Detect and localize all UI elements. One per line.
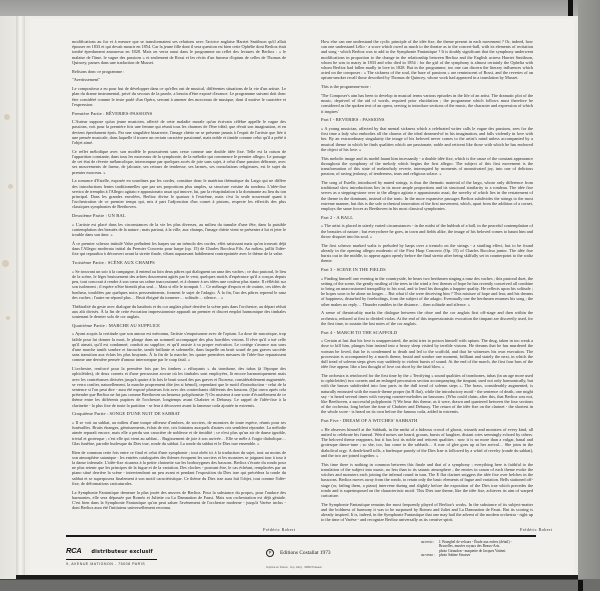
paragraph: La romance d'Estelle, exposée en sourdin… [72, 178, 286, 209]
section-heading: Part 4 - MARCH TO THE SCAFFOLD [321, 330, 533, 335]
credit-row: au recto :J. Brueghel de velours - Étude… [421, 540, 512, 553]
distributor-label: distributeur exclusif [91, 549, 152, 555]
paragraph: Relisons donc ce programme : [72, 69, 286, 74]
paragraph: This time there is nothing in common bet… [321, 462, 533, 498]
paragraph: modifications au fur et à mesure que se … [72, 39, 286, 65]
section-heading: Part 3 - SCENE IN THE FIELDS [321, 267, 533, 272]
printer-line: Imprimé en France · Imp. Glory · 92800 P… [266, 566, 331, 569]
section-heading: Part I - REVERIES : PASSIONS [321, 117, 533, 122]
liner-notes-page: modifications au fur et à mesure que se … [30, 19, 574, 575]
paragraph: À ce premier scherzo intitulé Valse prél… [72, 241, 286, 257]
paragraph: 'The Composer's aim has been to develop … [321, 93, 533, 114]
sleeve-fold [16, 16, 25, 579]
stain-mark [2, 260, 9, 267]
paragraph: A sense of theatricality marks the dialo… [321, 310, 533, 326]
section-heading: Part Five - DREAM OF A WITCHES' SABBATH [321, 418, 533, 423]
paragraph: This is the programme-note : [321, 84, 533, 89]
english-notes-column: How else can one understand the cyclic p… [321, 39, 533, 526]
record-sleeve: modifications au fur et à mesure que se … [0, 16, 578, 579]
section-heading: Part 2 - A BALL [321, 215, 533, 220]
stain-mark [4, 114, 10, 120]
credit-value: photo Sabine Strosser [439, 553, 470, 557]
paragraph: « Il se voit au sabbat, au milieu d'une … [72, 420, 286, 446]
background-surface-right [578, 0, 600, 591]
record-spine-edge [568, 0, 573, 16]
distributor-address: 9, AVENUE MATIGNON - 75008 PARIS [66, 562, 157, 566]
background-surface-bottom [0, 579, 600, 591]
paragraph: "Avertissement" [72, 77, 286, 82]
credit-label: au verso : [421, 553, 439, 557]
paragraph: « Se trouvant un soir à la campagne, il … [72, 269, 286, 300]
paragraph: La Symphonie Fantastique demeure la plus… [72, 490, 286, 511]
distributor-underline [66, 559, 157, 560]
paragraph: « Ayant acquis la certitude que son amou… [72, 331, 286, 362]
paragraph: The song of Estelle, introduced by muted… [321, 180, 533, 211]
paragraph: « A young musician, affected by that men… [321, 126, 533, 152]
section-heading: Première Partie : RÊVERIES-PASSIONS [72, 111, 286, 116]
section-heading: Troisième Partie : SCÈNE AUX CHAMPS [72, 260, 286, 265]
paragraph: Ce reflet mélodique avec son modèle le p… [72, 149, 286, 175]
paragraph: « He observes himself at the Sabbath, in… [321, 427, 533, 458]
paragraph: How else can one understand the cyclic p… [321, 39, 533, 81]
paragraph: The Symphonie Fantastique remains the mo… [321, 502, 533, 523]
credit-label: au recto : [421, 540, 439, 553]
paragraph: The first scherzo marked waltz is prelud… [321, 243, 533, 264]
credit-value: J. Brueghel de velours - Étude aux enfer… [439, 540, 512, 553]
record-spine-edge-bottom [578, 580, 583, 591]
sleeve-bottom-edge [16, 575, 578, 579]
paragraph: Théâtralité du geste avec dialogue du ha… [72, 304, 286, 320]
footer-divider [66, 535, 536, 537]
paragraph: « Finding himself one evening in the cou… [321, 276, 533, 307]
french-notes-column: modifications au fur et à mesure que se … [72, 39, 286, 514]
paragraph: The orchestra is reinforced for the firs… [321, 373, 533, 415]
paragraph: This melodic image and its model haunt h… [321, 156, 533, 177]
stain-mark [8, 184, 13, 189]
sleeve-flap [0, 16, 30, 579]
publisher-name: Editions Costallat 1973 [280, 550, 331, 556]
section-heading: Cinquième Partie : SONGE D'UNE NUIT DE S… [72, 411, 286, 416]
paragraph: L'Auteur suppose qu'un jeune musicien, a… [72, 119, 286, 145]
paragraph: L'orchestre, renforcé pour la première f… [72, 366, 286, 408]
author-signature-french: Frédéric Robert [263, 527, 295, 532]
paragraph: « The artist is placed in utterly varied… [321, 223, 533, 239]
publisher-block: P Editions Costallat 1973 Imprimé en Fra… [266, 544, 331, 569]
image-credits: au recto :J. Brueghel de velours - Étude… [421, 540, 512, 558]
author-signature-english: Frédéric Robert [520, 527, 552, 532]
stain-mark [6, 316, 10, 320]
rca-logo: RCA [66, 546, 81, 555]
paragraph: Le compositeur a eu pour but de développ… [72, 86, 286, 107]
section-heading: Quatrième Partie : MARCHE AU SUPPLICE [72, 323, 286, 328]
paragraph: « Certain at last that his love is unapp… [321, 338, 533, 369]
credit-row: au verso :photo Sabine Strosser [421, 553, 512, 557]
phonogram-copyright-icon: P [266, 549, 274, 557]
paragraph: « L'artiste est placé dans les circonsta… [72, 222, 286, 238]
distributor-block: RCA distributeur exclusif 9, AVENUE MATI… [66, 540, 157, 566]
paragraph: Rien de commun cette fois entre ce final… [72, 450, 286, 486]
section-heading: Deuxième Partie : UN BAL [72, 213, 286, 218]
